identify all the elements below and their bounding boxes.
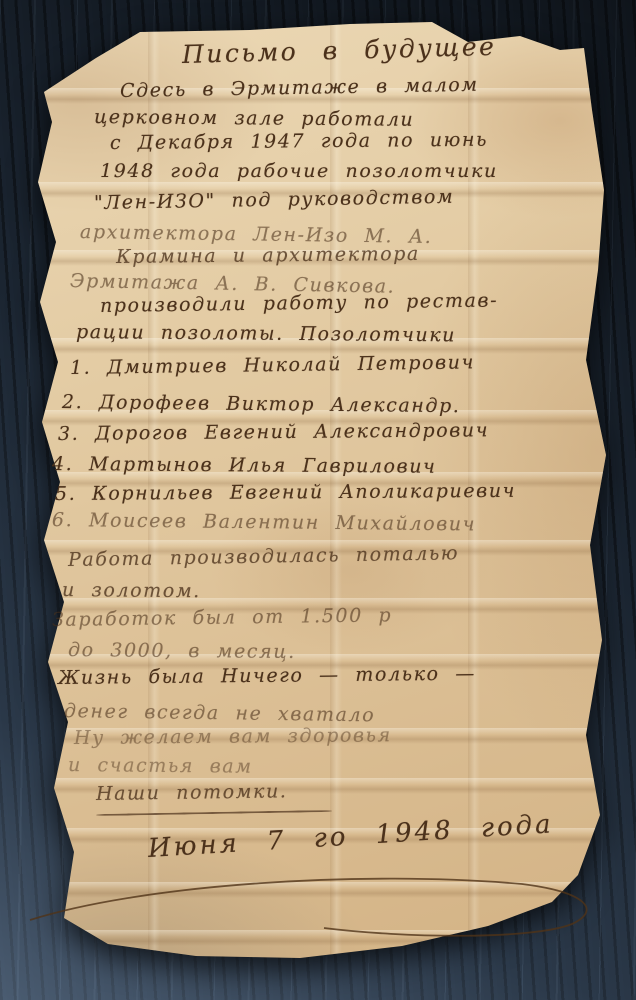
handwriting-line: с Декабря 1947 года по июнь <box>110 129 488 154</box>
handwriting-line: до 3000, в месяц. <box>68 639 296 663</box>
handwriting-line: 5. Корнильев Евгений Аполикариевич <box>55 480 516 505</box>
handwriting-line: 6. Моисеев Валентин Михайлович <box>52 509 476 535</box>
signature-flourish <box>24 862 604 972</box>
handwriting-line: и золотом. <box>62 579 201 602</box>
handwriting-line: Ну желаем вам здоровья <box>74 724 392 749</box>
handwriting-line: Крамина и архитектора <box>116 243 420 268</box>
handwriting-line: рации позолоты. Позолотчики <box>76 321 456 346</box>
handwriting-line: Жизнь была Ничего — только — <box>58 663 476 689</box>
handwriting-line: 4. Мартынов Илья Гаврилович <box>52 453 437 478</box>
handwriting-line: Наши потомки. <box>96 780 288 805</box>
handwriting-line: 1948 года рабочие позолотчики <box>100 160 498 182</box>
handwriting-line: и счастья вам <box>68 754 253 778</box>
handwriting-line: 3. Дорогов Евгений Александрович <box>58 419 489 445</box>
handwriting-line: церковном зале работали <box>94 106 415 131</box>
handwriting-line: 2. Дорофеев Виктор Александр. <box>62 391 461 417</box>
handwriting-line: денег всегда не хватало <box>64 700 376 726</box>
photo-of-letter: Письмо в будущее Сдесь в Эрмитаже в мало… <box>0 0 636 1000</box>
